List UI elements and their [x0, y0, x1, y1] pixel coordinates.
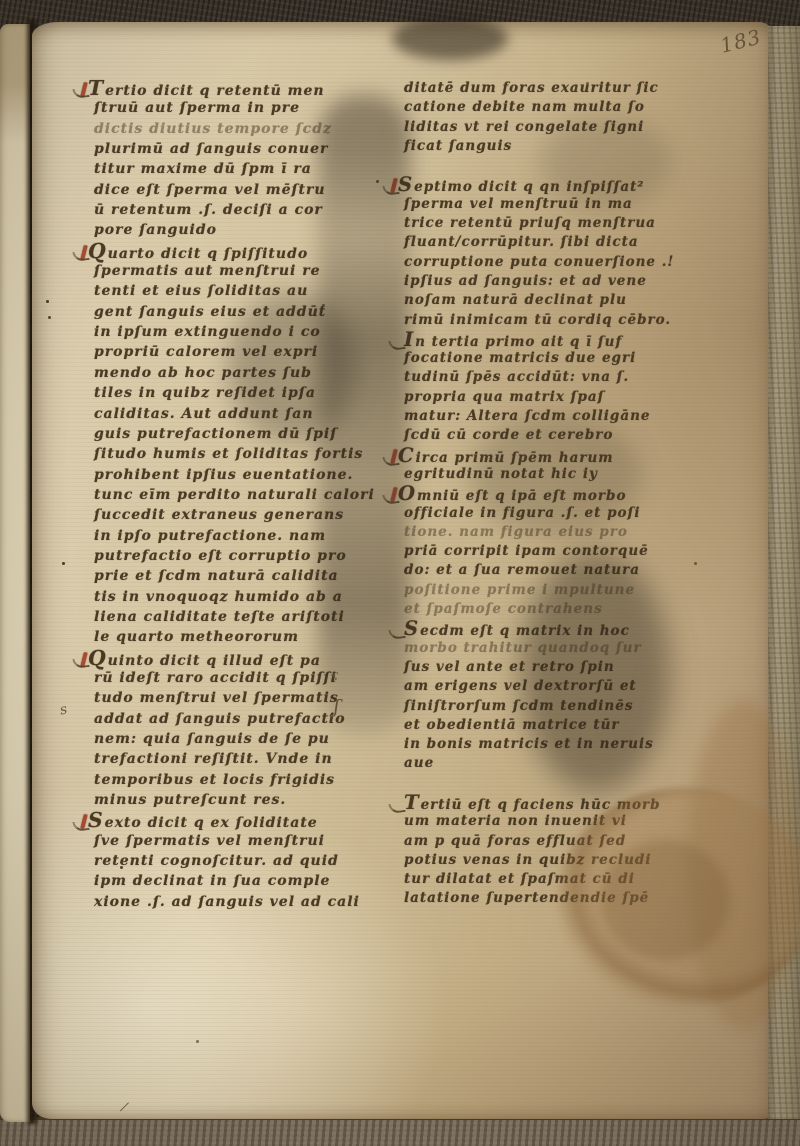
text-line: Quinto dicit q illud eſt pa	[94, 648, 400, 668]
text-line: addat ad ſanguis putrefactio	[94, 709, 400, 729]
table-cloth-bottom-edge	[0, 1117, 800, 1146]
text-line: liditas vt rei congelate ſigni	[404, 118, 704, 137]
text-line: Tertiū eſt q faciens hūc morb	[404, 793, 704, 812]
text-line: ſve ſpermatis vel menſtrui	[94, 831, 400, 851]
text-line: fluant/corrūpitur. ſibi dicta	[404, 233, 704, 252]
text-line: ſperma vel menſtruū in ma	[404, 195, 704, 214]
initial-letter: S	[398, 173, 413, 196]
text-line: am erigens vel dextrorſū et	[404, 677, 704, 696]
text-line: in ipſum extinguendo i co	[94, 322, 400, 342]
text-line: noſam naturā declinat plu	[404, 291, 704, 310]
text-line: et obedientiā matrice tūr	[404, 716, 704, 735]
text-line: propria qua matrix ſpaſ	[404, 388, 704, 407]
ink-specks	[46, 300, 49, 303]
text-line: aue	[404, 754, 704, 773]
text-line: rū ideſt raro accidit q ſpiſſi	[94, 668, 400, 688]
text-line: nem: quia ſanguis de ſe pu	[94, 729, 400, 749]
text-line: guis putrefactionem dū ſpiſ	[94, 424, 400, 444]
text-line: matur: Altera ſcdm colligāne	[404, 407, 704, 426]
text-line: ſcdū cū corde et cerebro	[404, 426, 704, 445]
text-line: rimū inimicam tū cordiq cēbro.	[404, 311, 704, 330]
text-line: minus putreſcunt res.	[94, 790, 400, 810]
text-line: egritudinū notat hic iy	[404, 465, 704, 484]
initial-letter: T	[88, 76, 104, 100]
text-line: ipm declinat in ſua comple	[94, 871, 400, 891]
text-line: ſpermatis aut menſtrui re	[94, 261, 400, 281]
initial-letter: T	[404, 791, 420, 814]
text-line: putrefactio eſt corruptio pro	[94, 546, 400, 566]
text-line: temporibus et locis frigidis	[94, 770, 400, 790]
text-line: gent ſanguis eius et addūt	[94, 302, 400, 322]
text-line: Sexto dicit q ex ſoliditate	[94, 810, 400, 830]
text-line: titur maxime dū ſpm ī ra	[94, 159, 400, 179]
text-line: tur dilatat et ſpaſmat cū di	[404, 870, 704, 889]
text-line: dictis diutius tempore ſcdz	[94, 119, 400, 139]
initial-letter: I	[404, 328, 414, 351]
text-line: trefactioni reſiſtit. Vnde in	[94, 749, 400, 769]
text-line: in bonis matricis et in neruis	[404, 735, 704, 754]
text-line: corruptione puta conuerſione .!	[404, 253, 704, 272]
text-line: tudinū ſpēs accidūt: vna ſ.	[404, 368, 704, 387]
text-line: ſus vel ante et retro ſpin	[404, 658, 704, 677]
text-line: In tertia primo ait q ī ſuf	[404, 330, 704, 349]
text-line: tione. nam figura eius pro	[404, 523, 704, 542]
text-line: Tertio dicit q retentū men	[94, 78, 400, 98]
text-line: um materia non inuenit vi	[404, 812, 704, 831]
text-line: mendo ab hoc partes ſub	[94, 363, 400, 383]
text-line: ū retentum .ſ. deciſi a cor	[94, 200, 400, 220]
text-line: tunc eīm perdito naturali calori	[94, 485, 400, 505]
initial-letter: Q	[88, 646, 107, 670]
text-line: tudo menſtrui vel ſpermatis	[94, 688, 400, 708]
text-line: pore ſanguido	[94, 220, 400, 240]
text-line: prohibent ipſius euentatione.	[94, 465, 400, 485]
text-line: morbo trahitur quandoq ſur	[404, 639, 704, 658]
text-line: tenti et eius ſoliditas au	[94, 281, 400, 301]
text-line: latatione ſupertendendie ſpē	[404, 889, 704, 908]
text-line: Omniū eſt q ipā eſt morbo	[404, 484, 704, 503]
text-line: et ſpaſmoſe contrahens	[404, 600, 704, 619]
text-line: ſitudo humis et ſoliditas fortis	[94, 444, 400, 464]
text-line: retenti cognoſcitur. ad quid	[94, 851, 400, 871]
text-line: poſitione prime i mpultune	[404, 581, 704, 600]
initial-letter: S	[88, 808, 104, 832]
text-line: trice retentū priuſq menſtrua	[404, 214, 704, 233]
text-line: ſuccedit extraneus generans	[94, 505, 400, 525]
initial-letter: S	[404, 617, 419, 640]
text-line: propriū calorem vel expri	[94, 342, 400, 362]
text-line: caliditas. Aut addunt ſan	[94, 404, 400, 424]
left-text-column: Tertio dicit q retentū menſtruū aut ſper…	[94, 78, 400, 912]
text-line: ditatē dum foras exauritur ſic	[404, 79, 704, 98]
text-line: Quarto dicit q ſpiſſitudo	[94, 241, 400, 261]
initial-letter: Q	[88, 239, 107, 263]
text-line: plurimū ad ſanguis conuer	[94, 139, 400, 159]
text-line: ficat ſanguis	[404, 137, 704, 156]
text-line: catione debite nam multa ſo	[404, 98, 704, 117]
text-line: Circa primū ſpēm harum	[404, 446, 704, 465]
initial-letter: O	[398, 482, 416, 505]
text-line: potius venas in quibz recludi	[404, 851, 704, 870]
text-line: officiale in figura .ſ. et poſi	[404, 504, 704, 523]
text-line: prie et ſcdm naturā calidita	[94, 566, 400, 586]
text-line: ipſius ad ſanguis: et ad vene	[404, 272, 704, 291]
text-line: Secdm eſt q matrix in hoc	[404, 619, 704, 638]
blank-line	[404, 156, 704, 175]
text-line: do: et a ſua remouet natura	[404, 561, 704, 580]
text-line: dice eſt ſperma vel mēſtru	[94, 180, 400, 200]
book-fore-edge	[768, 26, 800, 1119]
text-line: liena caliditate teſte ariſtoti	[94, 607, 400, 627]
right-text-column: ditatē dum foras exauritur ſiccatione de…	[404, 79, 704, 909]
blank-line	[404, 774, 704, 793]
text-line: ſiniſtrorſum ſcdm tendinēs	[404, 697, 704, 716]
text-line: tiles in quibz reſidet ipſa	[94, 383, 400, 403]
text-line: Septimo dicit q qn inſpiſſat²	[404, 175, 704, 194]
text-line: in ipſo putrefactione. nam	[94, 526, 400, 546]
text-line: ſtruū aut ſperma in pre	[94, 98, 400, 118]
manuscript-photo: 183 Tertio dicit q retentū menſtruū aut …	[0, 0, 800, 1146]
text-line: am p quā foras effluat ſed	[404, 832, 704, 851]
text-line: le quarto metheororum	[94, 627, 400, 647]
text-line: priā corripit ipam contorquē	[404, 542, 704, 561]
text-line: tis in vnoquoqz humido ab a	[94, 587, 400, 607]
initial-letter: C	[398, 444, 415, 467]
text-line: focatione matricis due egri	[404, 349, 704, 368]
text-line: xione .ſ. ad ſanguis vel ad cali	[94, 892, 400, 912]
